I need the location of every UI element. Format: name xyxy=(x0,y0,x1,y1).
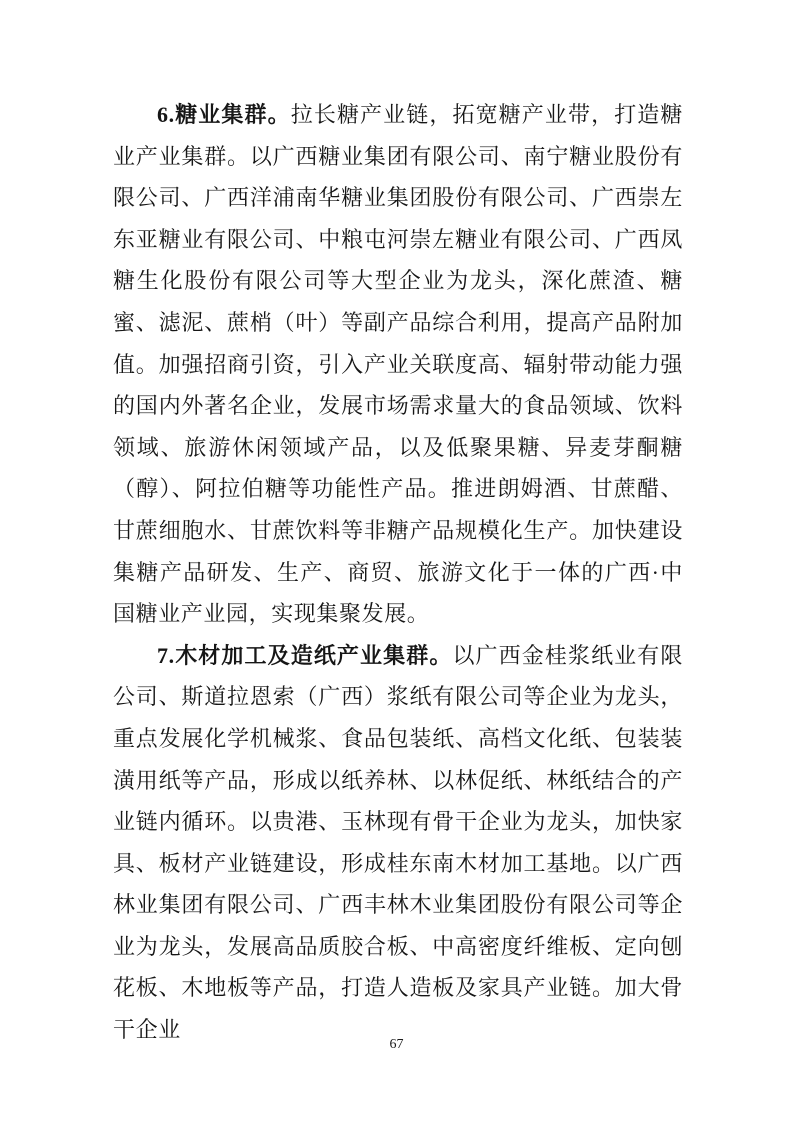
page-footer: 67 xyxy=(0,1035,793,1053)
paragraph-wood-paper-cluster-text: 以广西金桂浆纸业有限公司、斯道拉恩索（广西）浆纸有限公司等企业为龙头，重点发展化… xyxy=(113,643,683,1042)
paragraph-wood-paper-cluster: 7.木材加工及造纸产业集群。以广西金桂浆纸业有限公司、斯道拉恩索（广西）浆纸有限… xyxy=(113,635,683,1051)
page-number: 67 xyxy=(390,1037,404,1052)
paragraph-sugar-cluster-text: 拉长糖产业链，拓宽糖产业带，打造糖业产业集群。以广西糖业集团有限公司、南宁糖业股… xyxy=(113,102,683,626)
paragraph-sugar-cluster-heading: 6.糖业集群。 xyxy=(157,102,291,127)
page-body: 6.糖业集群。拉长糖产业链，拓宽糖产业带，打造糖业产业集群。以广西糖业集团有限公… xyxy=(113,94,683,1051)
paragraph-wood-paper-cluster-heading: 7.木材加工及造纸产业集群。 xyxy=(157,643,452,668)
document-page: 6.糖业集群。拉长糖产业链，拓宽糖产业带，打造糖业产业集群。以广西糖业集团有限公… xyxy=(0,0,793,1122)
paragraph-sugar-cluster: 6.糖业集群。拉长糖产业链，拓宽糖产业带，打造糖业产业集群。以广西糖业集团有限公… xyxy=(113,94,683,635)
